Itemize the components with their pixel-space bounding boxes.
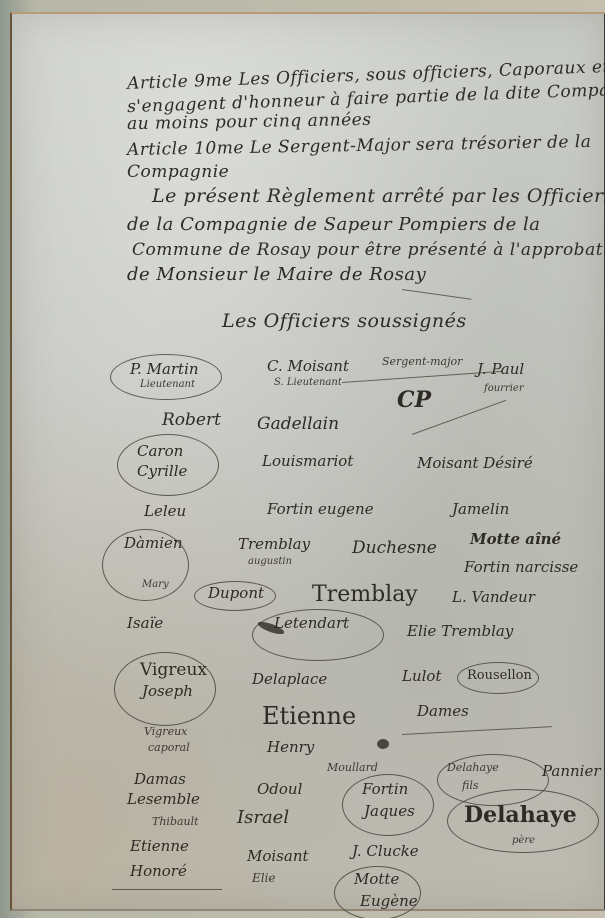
signature: Leleu [144,504,186,519]
signature: Israel [237,809,289,827]
signature: Sergent-major [382,356,462,367]
signature-title: fourrier [484,384,524,394]
signature: Louismariot [262,454,353,469]
regulation-line-3: Commune de Rosay pour être présenté à l'… [132,242,605,259]
article-10-line-2: Compagnie [127,164,229,181]
signature: J. Paul [477,362,524,377]
signature: Rousellon [467,669,532,682]
flourish [112,889,222,890]
flourish [402,289,471,300]
signature: Fortin narcisse [464,560,578,575]
signature: Vigreux [140,662,207,679]
signature-title: Lieutenant [140,380,195,390]
signature-title: augustin [248,557,292,567]
signature-title: Honoré [130,864,187,879]
signature-title: fils [462,780,479,791]
document-page: Article 9me Les Officiers, sous officier… [10,12,605,911]
article-9-line-3: au moins pour cinq années [127,112,372,133]
signature: Fortin [362,782,408,797]
signature: Moullard [327,762,378,773]
regulation-line-4: de Monsieur le Maire de Rosay [127,266,426,284]
signature: Pannier [542,764,601,779]
signature: Motte [354,872,399,887]
signature-title: Cyrille [137,464,187,479]
signature: Lulot [402,669,441,684]
signature: Tremblay [312,584,418,606]
signature: Etienne [262,704,356,728]
signature: Motte aîné [470,532,561,547]
signature: Dames [417,704,469,719]
signature: L. Vandeur [452,590,535,605]
signature: Duchesne [352,540,437,557]
signature: J. Clucke [352,844,419,859]
signature: Isaïe [127,616,163,631]
signature: Jamelin [452,502,509,517]
regulation-line-2: de la Compagnie de Sapeur Pompiers de la [127,216,541,234]
closing-line: Les Officiers soussignés [222,312,467,331]
signature-title: Mary [142,580,169,590]
regulation-line-1: Le présent Règlement arrêté par les Offi… [152,187,605,206]
article-10-line-1: Article 10me Le Sergent-Major sera tréso… [127,134,592,159]
signature: Vigreux [144,726,187,737]
signature-title: Jaques [364,804,415,819]
signature-title: Elie [252,872,276,884]
signature: Caron [137,444,183,459]
signature-title: caporal [148,742,190,753]
signature: P. Martin [130,362,199,377]
signature: Dupont [208,586,264,601]
signature: Fortin eugene [267,502,374,517]
signature-title: S. Lieutenant [274,378,342,388]
signature: Dàmien [124,536,183,551]
ink-blot [377,739,389,749]
signature: Gadellain [257,416,339,433]
flourish [402,726,552,735]
signature: Delahaye [464,804,577,826]
signature: Henry [267,740,314,755]
signature: Moisant Désiré [417,456,533,471]
signature: Letendart [274,616,349,631]
signature: Damas [134,772,186,787]
signature-monogram: CP [397,389,431,411]
signature-title: Eugène [360,894,418,909]
signature: C. Moisant [267,359,349,374]
signature: Odoul [257,782,302,797]
signature: Thibault [152,816,199,827]
signature-title: père [512,836,535,846]
signature-title: Joseph [142,684,193,699]
signature: Delahaye [447,762,499,773]
signature: Etienne [130,839,189,854]
signature: Delaplace [252,672,327,687]
signature: Tremblay [238,537,310,552]
signature: Moisant [247,849,309,864]
signature: Lesemble [127,792,200,807]
signature: Robert [162,412,221,429]
signature: Elie Tremblay [407,624,513,639]
